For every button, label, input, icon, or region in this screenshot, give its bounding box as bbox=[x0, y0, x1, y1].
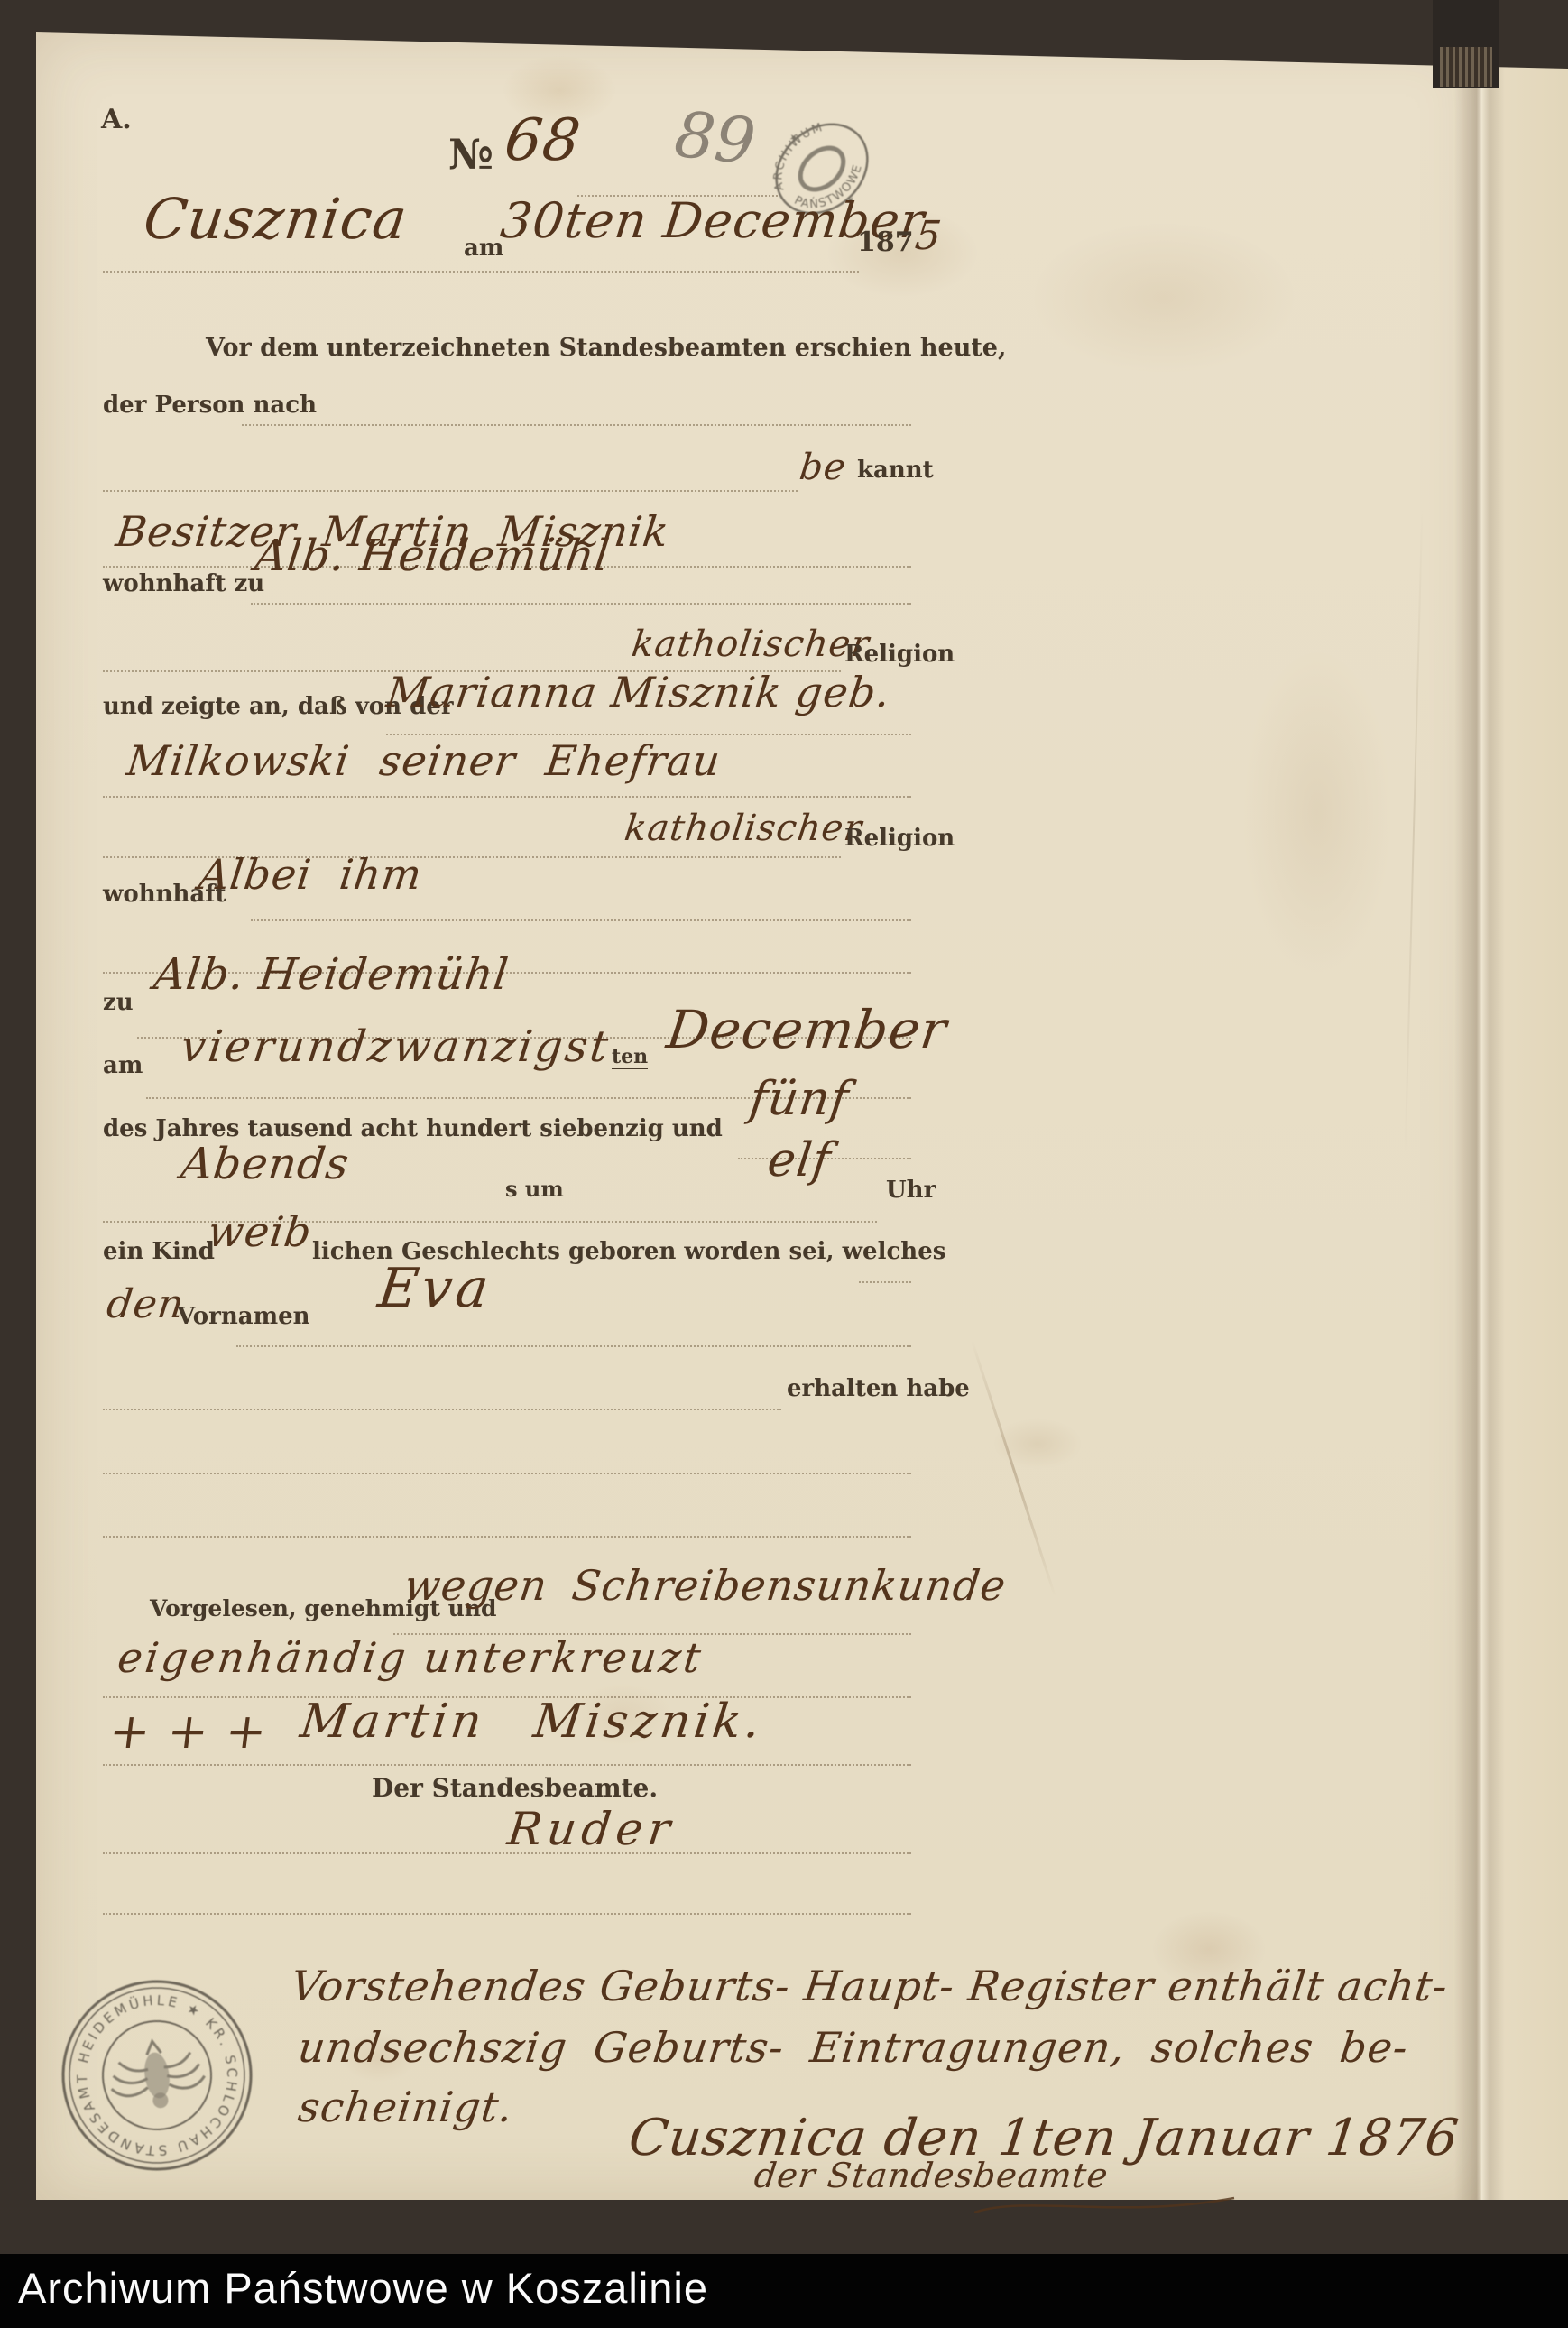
official-signature: Ruder bbox=[505, 1806, 678, 1852]
child-name-entry: Eva bbox=[375, 1261, 495, 1316]
daytime-entry: Abends bbox=[179, 1142, 352, 1186]
vornamen-label: Vornamen bbox=[177, 1305, 310, 1328]
year-word-entry: fünf bbox=[747, 1076, 852, 1122]
signature-crosses: + + + bbox=[106, 1707, 271, 1756]
birthplace-entry: Alb. Heidemühl bbox=[152, 953, 512, 996]
year-printed: 187 bbox=[857, 229, 914, 256]
form-intro: Vor dem unterzeichneten Standesbeamten e… bbox=[206, 336, 1006, 360]
am-label-2: am bbox=[103, 1054, 143, 1077]
person-nach-label: der Person nach bbox=[103, 393, 317, 417]
zu-label: zu bbox=[103, 991, 134, 1014]
archive-name: Archiwum Państwowe w Koszalinie bbox=[18, 2263, 708, 2313]
kind-label: ein Kind bbox=[103, 1240, 215, 1263]
prussian-eagle-icon bbox=[106, 2035, 208, 2113]
number-sign: № bbox=[448, 134, 493, 175]
birth-day-entry: vierundzwanzigst bbox=[179, 1025, 613, 1068]
scanned-register-page: A. № 68 89 ARCHIWUM PAŃSTWOWE ★ ★ Cuszni… bbox=[0, 0, 1568, 2328]
certification-official: der Standesbeamte bbox=[752, 2158, 1111, 2193]
ten-label: ten bbox=[612, 1047, 648, 1069]
residence-entry: Alb. Heidemühl bbox=[253, 534, 613, 577]
wohnhaft-entry: Albei ihm bbox=[197, 854, 425, 895]
form-letter: A. bbox=[101, 106, 132, 134]
certification-line-1: Vorstehendes Geburts- Haupt- Register en… bbox=[289, 1965, 1451, 2007]
religion-entry-1: katholischer bbox=[630, 626, 872, 662]
religion-label-2: Religion bbox=[844, 827, 955, 850]
official-label: Der Standesbeamte. bbox=[372, 1776, 658, 1801]
hour-entry: elf bbox=[765, 1137, 834, 1184]
religion-label-1: Religion bbox=[844, 642, 955, 666]
uhr-label: Uhr bbox=[886, 1178, 936, 1202]
gender-entry: weib bbox=[206, 1211, 314, 1252]
certification-line-3: scheinigt. bbox=[296, 2086, 515, 2128]
mother-name-entry-2: Milkowski seiner Ehefrau bbox=[125, 740, 723, 781]
page-fold bbox=[1454, 32, 1505, 2200]
birth-month-entry: December bbox=[664, 1003, 950, 1056]
um-label: s um bbox=[505, 1178, 564, 1200]
kannt-label: kannt bbox=[857, 458, 934, 482]
year-digit-entry: 5 bbox=[913, 217, 944, 256]
binding-threads bbox=[1440, 47, 1492, 87]
standesamt-round-stamp: STANDESAMT HEIDEMÜHLE ★ KR. SCHLOCHAU ★ bbox=[43, 1962, 272, 2190]
year-words-label: des Jahres tausend acht hundert siebenzi… bbox=[103, 1117, 723, 1141]
reason-entry: wegen Schreibensunkunde bbox=[402, 1565, 1009, 1606]
mother-name-entry: Marianna Misznik geb. bbox=[384, 671, 893, 713]
religion-entry-2: katholischer bbox=[623, 810, 864, 846]
wohnhaft-zu-label: wohnhaft zu bbox=[103, 572, 264, 596]
be-entry: be bbox=[798, 449, 848, 485]
signer-name-entry: Martin Misznik. bbox=[298, 1698, 766, 1745]
den-entry: den bbox=[105, 1285, 187, 1325]
certification-line-2: undsechszig Geburts- Eintragungen, solch… bbox=[296, 2027, 1411, 2068]
entry-number: 68 bbox=[502, 112, 584, 170]
reason-entry-2: eigenhändig unterkreuzt bbox=[115, 1637, 706, 1678]
erhalten-label: erhalten habe bbox=[787, 1377, 970, 1400]
place-entry: Cusznica bbox=[141, 191, 410, 247]
signature-flourish bbox=[974, 2191, 1236, 2224]
